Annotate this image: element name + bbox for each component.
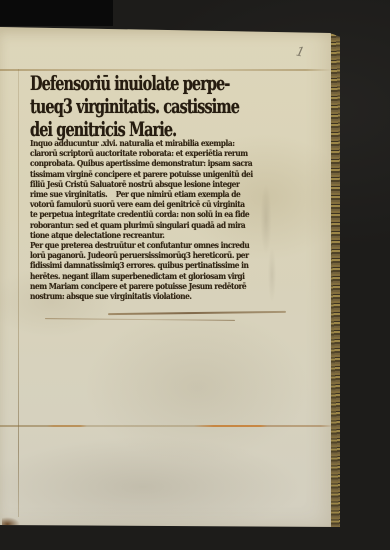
- body-line: conprobata. Quibus apertissime demonstra…: [30, 158, 309, 168]
- body-line: Per que preterea destruūtur et confutant…: [30, 240, 309, 250]
- body-line: votorū famulorū suorū vere eam dei genit…: [30, 199, 309, 209]
- body-line: fidissimi damnatissimiq3 errores. quibus…: [30, 260, 309, 270]
- body-line: clarorū scriptorū auctoritate roborata: …: [30, 148, 309, 158]
- title-line-1: Defensoriū inuiolate perpe-: [30, 72, 230, 95]
- body-line: tissimam virginē concipere et parere pot…: [30, 169, 309, 179]
- body-line: roborantur: sed et quam plurimū singular…: [30, 220, 309, 230]
- body-line: nostrum: absque sue virginitatis violati…: [30, 291, 309, 301]
- fold-line-bottom: [0, 425, 334, 427]
- body-line: tione atque delectatione recreantur.: [30, 230, 309, 240]
- title-block: Defensoriū inuiolate perpe- tueq3 virgin…: [30, 72, 330, 141]
- ink-scribble-line-lower: [45, 318, 235, 321]
- binding-shadow: [0, 0, 113, 26]
- handwritten-page-number: 1: [295, 44, 306, 60]
- body-text-block: Inquo adducuntur .xlvi. naturalia et mir…: [30, 138, 330, 301]
- scan-background: 1 Defensoriū inuiolate perpe- tueq3 virg…: [0, 0, 390, 550]
- body-line: filiū Jesū Cristū Saluatorē nostrū absqu…: [30, 179, 309, 189]
- body-line: Inquo adducuntur .xlvi. naturalia et mir…: [30, 138, 309, 148]
- body-line: nem Mariam concipere et parere potuisse …: [30, 281, 309, 291]
- book-page: 1 Defensoriū inuiolate perpe- tueq3 virg…: [0, 27, 340, 527]
- body-line: lorū paganorū. Judeorū peruersissimorūq3…: [30, 250, 309, 260]
- body-line: rime sue virginitatis. Per que nimirū et…: [30, 189, 309, 199]
- title-line-2: tueq3 virginitatis. castissime: [30, 95, 239, 118]
- bottom-left-stain: [2, 517, 20, 529]
- body-line: te perpetua integritate credentiū corda:…: [30, 209, 309, 219]
- gilt-fore-edge: [331, 31, 340, 527]
- fold-line-vertical: [18, 69, 19, 517]
- body-line: herētes. negant illam superbenedictam et…: [30, 271, 309, 281]
